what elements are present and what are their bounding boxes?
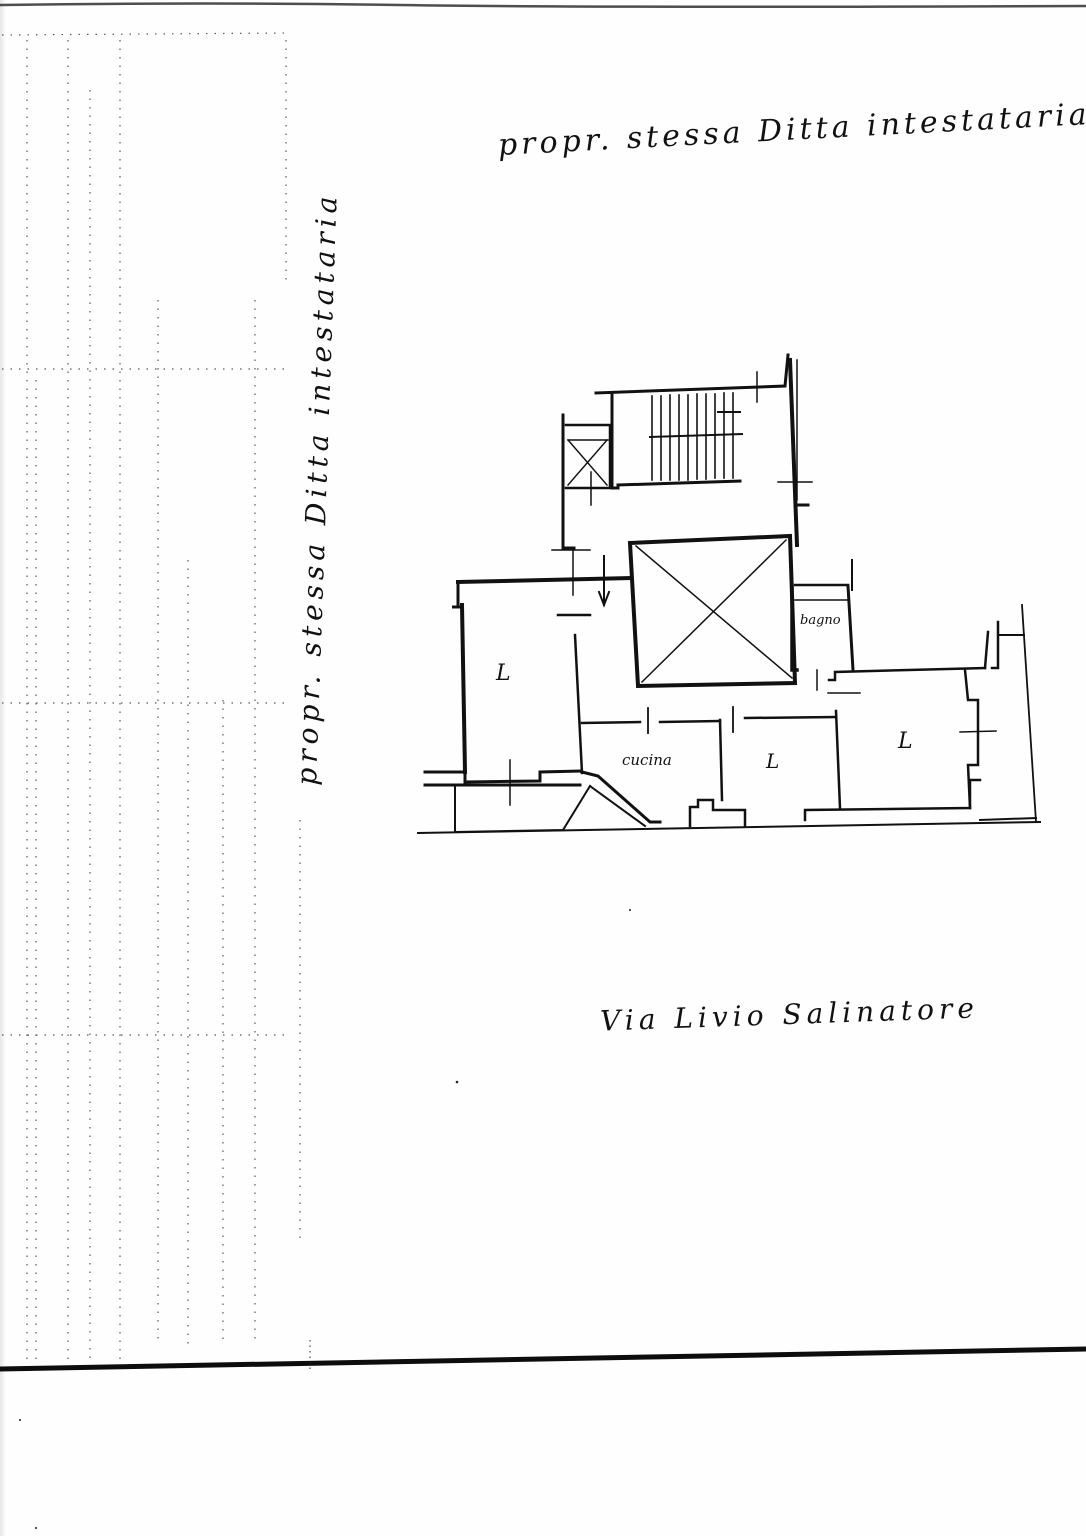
elevator-shaft-icon [552,415,610,550]
scan-specks [19,909,631,1529]
room-label-middle: L [765,749,779,773]
room-label-bathroom: bagno [800,613,841,628]
staircase [596,355,812,545]
floor-plan: L cucina L L bagno [0,0,1086,1536]
scanned-page: L cucina L L bagno propr. stessa Ditta i… [0,0,1086,1536]
room-label-right: L [897,729,913,754]
room-label-kitchen: cucina [622,751,672,769]
room-label-left: L [495,661,511,686]
courtyard-void-icon [630,536,795,686]
